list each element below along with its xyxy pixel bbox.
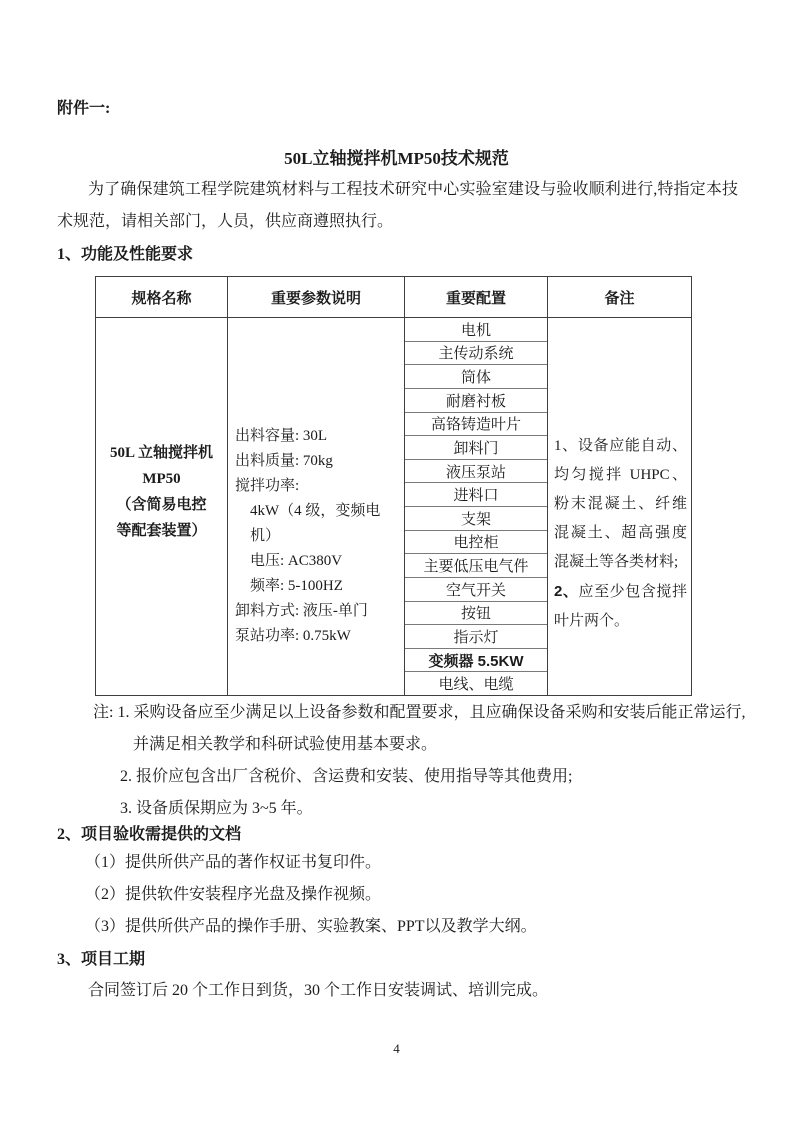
note-line: 注: 1. 采购设备应至少满足以上设备参数和配置要求，且应确保设备采购和安装后能… [93, 697, 745, 729]
doc-item: （3）提供所供产品的操作手册、实验教案、PPT以及教学大纲。 [85, 911, 537, 943]
intro-paragraph: 为了确保建筑工程学院建筑材料与工程技术研究中心实验室建设与验收顺利进行,特指定本… [57, 174, 738, 238]
table-header-row: 规格名称 重要参数说明 重要配置 备注 [96, 277, 691, 318]
param-line: 频率: 5-100HZ [235, 574, 400, 599]
param-line: 泵站功率: 0.75kW [235, 624, 400, 649]
param-line: 出料容量: 30L [235, 424, 400, 449]
header-cell-spec-name: 规格名称 [96, 277, 228, 317]
param-line: 电压: AC380V [235, 549, 400, 574]
spec-name-line: MP50 [96, 466, 227, 492]
param-line: 卸料方式: 液压-单门 [235, 599, 400, 624]
spec-name-line: （含简易电控 [96, 492, 227, 518]
config-item: 按钮 [405, 602, 547, 626]
config-item: 电控柜 [405, 531, 547, 555]
doc-item: （2）提供软件安装程序光盘及操作视频。 [85, 879, 537, 911]
section-1-heading: 1、功能及性能要求 [57, 241, 193, 264]
param-line: 4kW（4 级，变频电机） [235, 499, 400, 549]
param-line: 出料质量: 70kg [235, 449, 400, 474]
document-page: 附件一: 50L立轴搅拌机MP50技术规范 为了确保建筑工程学院建筑材料与工程技… [0, 0, 793, 1122]
page-number: 4 [0, 1041, 793, 1057]
delivery-schedule-text: 合同签订后 20 个工作日到货，30 个工作日安装调试、培训完成。 [88, 977, 548, 1000]
config-item: 高铬铸造叶片 [405, 413, 547, 437]
remarks-cell: 1、设备应能自动、均匀搅拌 UHPC、粉末混凝土、纤维混凝土、超高强度混凝土等各… [548, 318, 691, 695]
attachment-label: 附件一: [57, 95, 110, 118]
config-item: 卸料门 [405, 436, 547, 460]
config-item: 进料口 [405, 483, 547, 507]
config-item: 主要低压电气件 [405, 554, 547, 578]
config-item: 变频器 5.5KW [405, 649, 547, 673]
acceptance-doc-list: （1）提供所供产品的著作权证书复印件。 （2）提供软件安装程序光盘及操作视频。 … [85, 847, 537, 943]
config-item: 筒体 [405, 365, 547, 389]
parameters-cell: 出料容量: 30L 出料质量: 70kg 搅拌功率: 4kW（4 级，变频电机）… [228, 318, 405, 695]
document-title: 50L立轴搅拌机MP50技术规范 [0, 144, 793, 169]
param-line: 搅拌功率: [235, 474, 400, 499]
section-2-heading: 2、项目验收需提供的文档 [57, 821, 241, 844]
remark-2-number: 2、 [554, 583, 579, 600]
doc-item: （1）提供所供产品的著作权证书复印件。 [85, 847, 537, 879]
config-item: 电线、电缆 [405, 672, 547, 695]
table-notes: 注: 1. 采购设备应至少满足以上设备参数和配置要求，且应确保设备采购和安装后能… [93, 697, 745, 825]
config-item: 电机 [405, 318, 547, 342]
table-body-row: 50L 立轴搅拌机 MP50 （含简易电控 等配套装置） 出料容量: 30L 出… [96, 318, 691, 695]
config-item: 支架 [405, 507, 547, 531]
header-cell-remarks: 备注 [548, 277, 691, 317]
configuration-cell: 电机 主传动系统 筒体 耐磨衬板 高铬铸造叶片 卸料门 液压泵站 进料口 支架 … [405, 318, 548, 695]
section-3-heading: 3、项目工期 [57, 946, 145, 969]
config-item: 指示灯 [405, 625, 547, 649]
header-cell-parameters: 重要参数说明 [228, 277, 405, 317]
note-line: 2. 报价应包含出厂含税价、含运费和安装、使用指导等其他费用; [93, 761, 745, 793]
spec-name-line: 50L 立轴搅拌机 [96, 440, 227, 466]
spec-name-cell: 50L 立轴搅拌机 MP50 （含简易电控 等配套装置） [96, 318, 228, 695]
spec-table: 规格名称 重要参数说明 重要配置 备注 50L 立轴搅拌机 MP50 （含简易电… [95, 276, 692, 696]
config-item: 液压泵站 [405, 460, 547, 484]
spec-name-line: 等配套装置） [96, 518, 227, 544]
config-item: 空气开关 [405, 578, 547, 602]
remark-1: 1、设备应能自动、均匀搅拌 UHPC、粉末混凝土、纤维混凝土、超高强度混凝土等各… [554, 438, 687, 570]
header-cell-configuration: 重要配置 [405, 277, 548, 317]
config-item: 耐磨衬板 [405, 389, 547, 413]
note-line: 并满足相关教学和科研试验使用基本要求。 [93, 729, 745, 761]
config-item: 主传动系统 [405, 342, 547, 366]
